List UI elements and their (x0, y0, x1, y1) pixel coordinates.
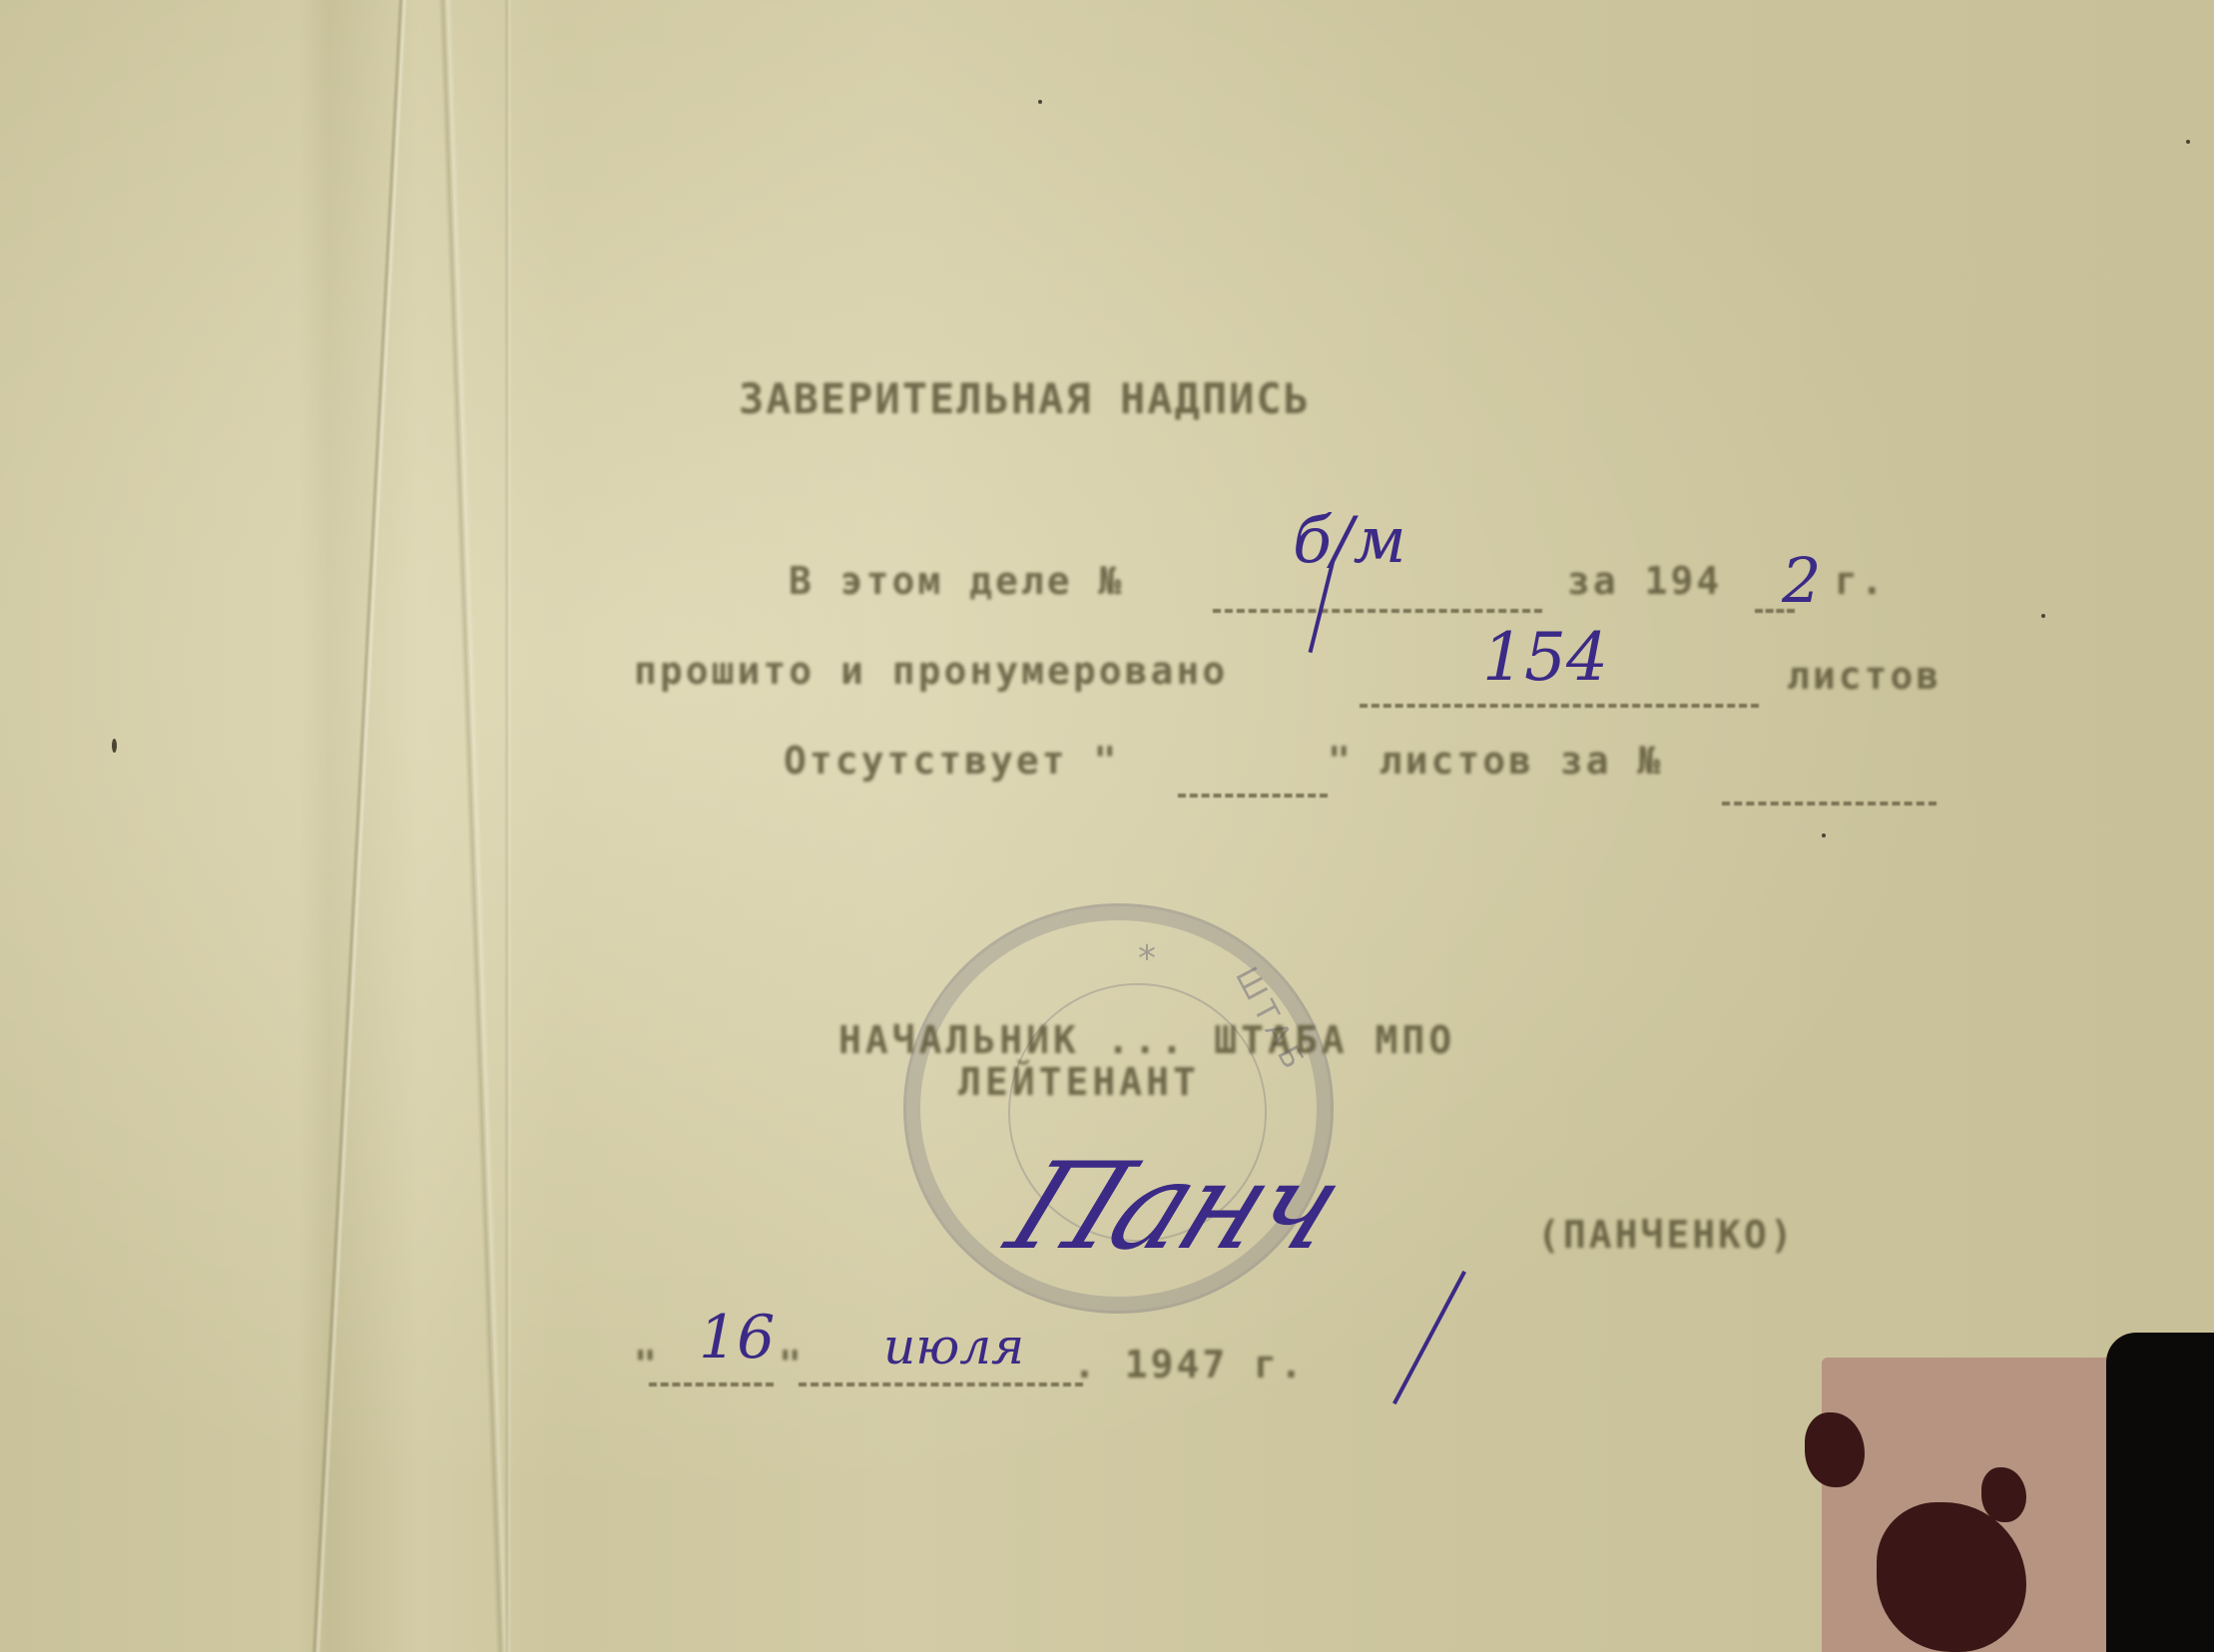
document-title: ЗАВЕРИТЕЛЬНАЯ НАДПИСЬ (739, 374, 1311, 423)
missing-count-blank (1178, 794, 1328, 798)
year-digit-handwritten: 2 (1782, 544, 1821, 617)
date-open-quote: " (634, 1343, 660, 1386)
scan-background-edge (2106, 1333, 2214, 1652)
day-blank (649, 1382, 774, 1386)
case-number-handwritten: б/м (1293, 504, 1406, 578)
speck (1038, 100, 1042, 104)
year-label: за 194 (1567, 559, 1722, 603)
signatory-rank: ЛЕЙТЕНАНТ (958, 1060, 1200, 1104)
month-blank (799, 1382, 1083, 1386)
case-number-blank (1213, 609, 1542, 613)
paper-fold (311, 0, 408, 1652)
year-suffix: г. (1835, 559, 1887, 603)
archival-document-page: ЗАВЕРИТЕЛЬНАЯ НАДПИСЬ В этом деле № б/м … (0, 0, 2214, 1652)
missing-sheets-suffix: " листов за № (1328, 739, 1663, 783)
signature: Панч (990, 1138, 1360, 1277)
case-number-label: В этом деле № (789, 559, 1124, 603)
stitched-numbered-label: прошито и пронумеровано (634, 649, 1228, 693)
speck (2041, 614, 2045, 618)
sheets-label: листов (1787, 654, 1941, 698)
sheets-blank (1360, 704, 1759, 708)
stamp-star-icon: * (1138, 938, 1156, 979)
speck (1822, 833, 1826, 837)
sheets-count-handwritten: 154 (1482, 619, 1608, 696)
signatory-position: НАЧАЛЬНИК ... ШТАБА МПО (838, 1018, 1455, 1062)
date-year: . 1947 г. (1073, 1343, 1306, 1386)
speck (112, 739, 117, 753)
missing-sheets-label: Отсутствует " (784, 739, 1119, 783)
paper-fold (438, 0, 510, 1652)
date-day-handwritten: 16 (699, 1303, 775, 1373)
date-month-handwritten: июля (883, 1318, 1024, 1376)
signatory-name: (ПАНЧЕНКО) (1537, 1213, 1796, 1257)
date-close-quote: " (779, 1343, 805, 1386)
missing-number-blank (1722, 802, 1937, 806)
signature-stroke (1392, 1271, 1466, 1404)
paper-fold (504, 0, 512, 1652)
speck (2186, 140, 2190, 144)
